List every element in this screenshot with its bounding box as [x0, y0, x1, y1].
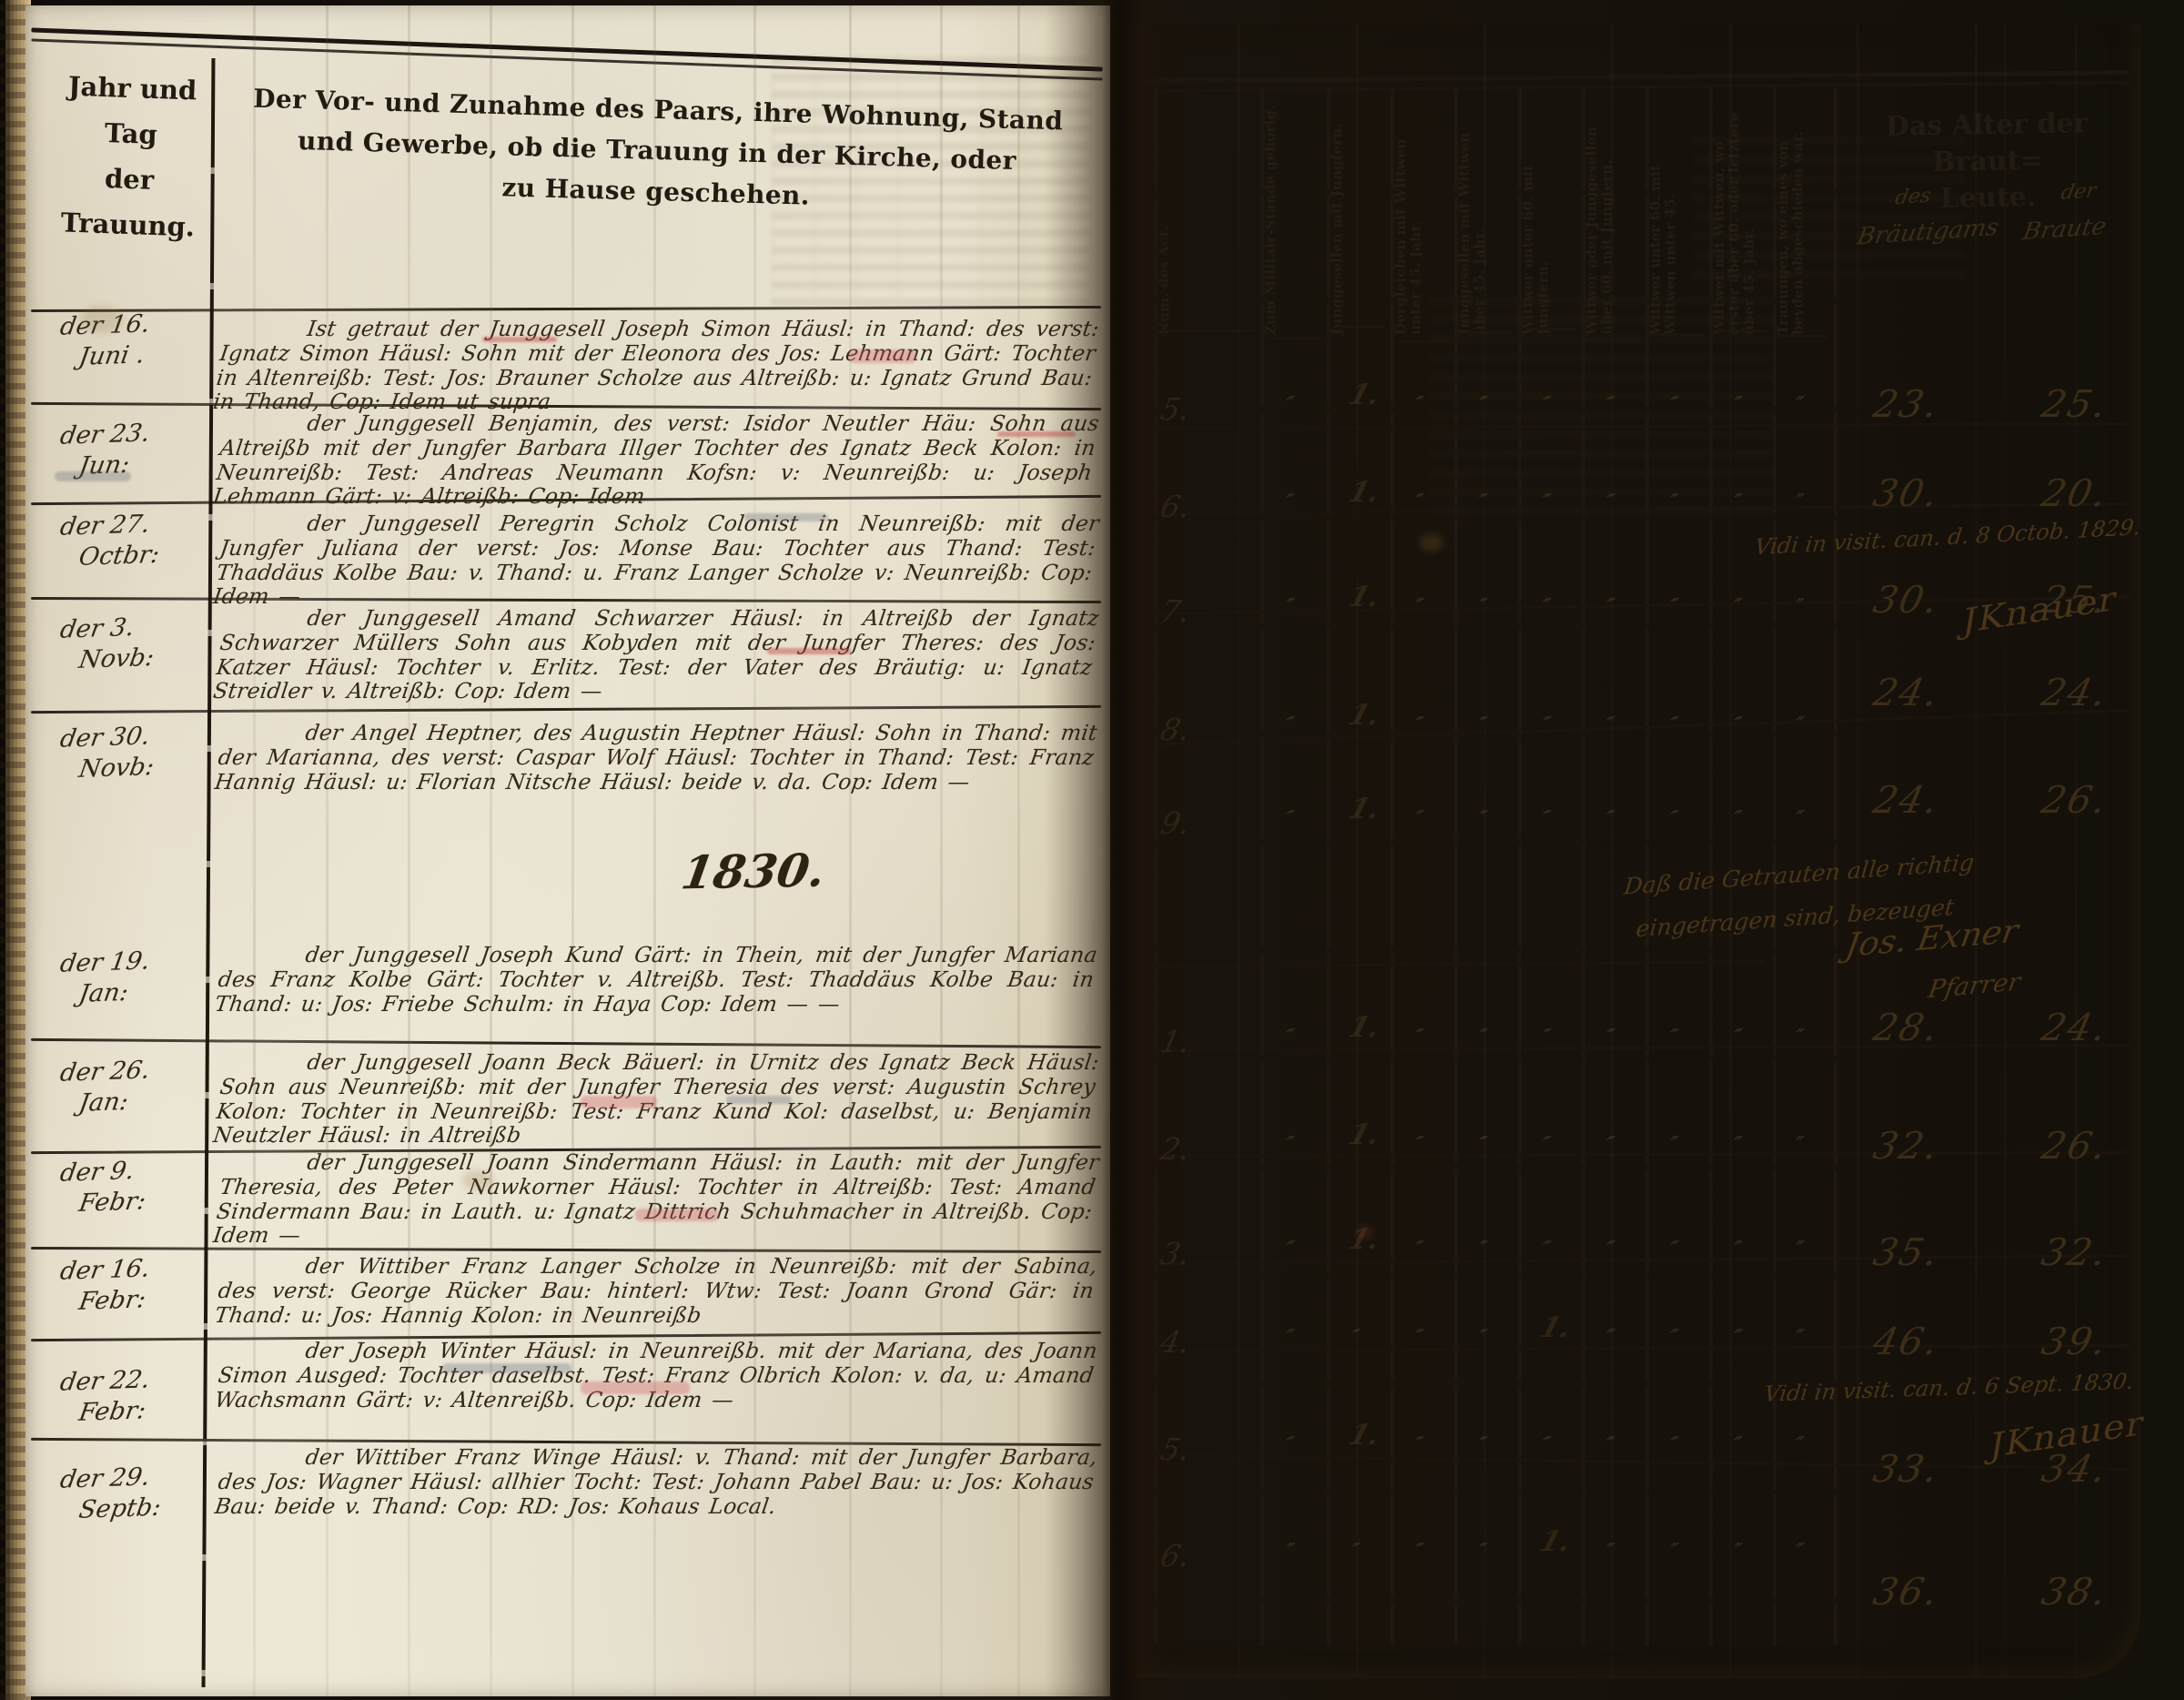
entry-day: der 27. — [58, 510, 152, 541]
entry-day: der 16. — [58, 309, 152, 340]
entry-day: der 19. — [58, 946, 152, 977]
entry-date: der 3.Novb: — [53, 610, 209, 677]
entry-month: Novb: — [53, 641, 204, 677]
visitation-note-1829: Vidi in visit. can. d. 8 Octob. 1829. — [1754, 514, 2151, 560]
entry-date: der 27.Octbr: — [53, 507, 209, 574]
ditto-mark: ″ — [1600, 713, 1617, 737]
ditto-mark: ″ — [1279, 1133, 1297, 1157]
entry-month: Jan: — [53, 1084, 204, 1120]
tally-mark: 1. — [1536, 1311, 1575, 1344]
ditto-mark: ″ — [1345, 1540, 1362, 1563]
header-base-tick — [1159, 329, 1255, 332]
act-number: 5. — [1158, 391, 1247, 427]
bride-age: 32. — [2011, 1230, 2138, 1274]
ditto-mark: ″ — [1472, 1238, 1490, 1261]
ditto-mark: ″ — [1663, 1540, 1681, 1563]
column-header-7: Wittwer unter 60. mit Wittwen unter 45. — [1648, 96, 1706, 335]
entry-text: Ist getraut der Junggesell Joseph Simon … — [211, 317, 1100, 414]
ditto-mark: ″ — [1409, 1540, 1426, 1563]
tally-mark: 1. — [1345, 1419, 1384, 1452]
entry-month: Octbr: — [53, 538, 204, 574]
row-separator-rule — [1147, 422, 2129, 430]
entry-month: Febr: — [53, 1282, 204, 1319]
left-page: Jahr und Tag der Trauung. Der Vor- und Z… — [25, 5, 1110, 1696]
entry-month: Jan: — [53, 975, 204, 1011]
visitation-note-1830: Vidi in visit. can. d. 6 Sept. 1830. — [1763, 1367, 2178, 1407]
ditto-mark: ″ — [1279, 713, 1297, 737]
tally-mark: 1. — [1536, 1525, 1575, 1558]
page-top-rule-2 — [1147, 81, 2129, 92]
groom-age-subheader: des Bräutigams — [1854, 170, 2042, 255]
bride-age: 20. — [2011, 471, 2138, 515]
year-heading: 1830. — [567, 842, 941, 902]
header-base-tick — [1587, 339, 1640, 341]
header-line: der — [53, 154, 206, 205]
bride-age: 26. — [2011, 778, 2138, 822]
paper-crease — [326, 5, 329, 1696]
ditto-mark: ″ — [1600, 393, 1617, 417]
header-line: Das Alter der Braut= — [1846, 105, 2128, 182]
act-number: 5. — [1158, 1432, 1247, 1467]
ditto-mark: ″ — [1663, 393, 1681, 417]
bride-age: 39. — [2011, 1320, 2138, 1363]
paper-stain — [1420, 533, 1443, 551]
entry-month: Juni . — [53, 338, 204, 374]
row-separator-rule — [1147, 1344, 2129, 1352]
entry-text: der Angel Heptner, des Augustin Heptner … — [213, 721, 1098, 794]
entry-date: der 22.Febr: — [53, 1362, 209, 1430]
paper-crease — [408, 5, 410, 1696]
row-separator-rule — [31, 1038, 1101, 1048]
ditto-mark: ″ — [1663, 595, 1681, 619]
left-header-date-column: Jahr und Tag der Trauung. — [52, 63, 209, 250]
ditto-mark: ″ — [1409, 1238, 1426, 1261]
tally-mark: 1. — [1345, 699, 1384, 732]
entry-month: Febr: — [53, 1184, 204, 1220]
column-header-1: Zum Militair-Stande gehörig. — [1263, 96, 1324, 335]
tally-mark: 1. — [1345, 793, 1384, 825]
ditto-mark: ″ — [1727, 595, 1744, 619]
act-number: 1. — [1158, 1024, 1247, 1059]
header-base-tick — [1778, 335, 1828, 338]
bride-age: 24. — [2011, 1006, 2138, 1049]
ditto-mark: ″ — [1279, 595, 1297, 619]
entry-text: der Junggesell Amand Schwarzer Häusl: in… — [211, 606, 1100, 703]
entry-text: der Junggesell Peregrin Scholz Colonist … — [211, 511, 1100, 609]
ditto-mark: ″ — [1409, 1026, 1426, 1049]
ditto-mark: ″ — [1727, 491, 1744, 514]
subheader-line: Bräutigams — [1855, 214, 2000, 251]
header-base-tick — [1460, 331, 1512, 334]
ditto-mark: ″ — [1409, 807, 1426, 831]
page-top-rule — [31, 27, 1102, 71]
ditto-mark: ″ — [1279, 1540, 1297, 1563]
ditto-mark: ″ — [1789, 807, 1806, 831]
entry-day: der 29. — [58, 1462, 152, 1493]
groom-age: 30. — [1843, 578, 1970, 622]
ditto-mark: ″ — [1472, 1540, 1490, 1563]
entry-day: der 16. — [58, 1254, 152, 1285]
row-separator-rule — [31, 705, 1101, 713]
ditto-mark: ″ — [1472, 1433, 1490, 1457]
ditto-mark: ″ — [1279, 1433, 1297, 1457]
ditto-mark: ″ — [1600, 807, 1617, 831]
ditto-mark: ″ — [1600, 1433, 1617, 1457]
ditto-mark: ″ — [1345, 1326, 1362, 1350]
header-line: Trauung. — [52, 199, 205, 250]
tally-mark: 1. — [1345, 1223, 1384, 1256]
column-header-5: Wittwer unter 60. mit Jungfern. — [1521, 96, 1579, 335]
ditto-mark: ″ — [1409, 393, 1426, 417]
column-header-3: Dergleichen mit Wittwen unter 45. Jahr. — [1393, 96, 1451, 335]
header-base-tick — [1396, 340, 1449, 343]
bride-age-subheader: der Braute — [2020, 168, 2172, 250]
column-header-2: Junggesellen mit Jungfern. — [1330, 96, 1388, 335]
bride-age: 24. — [2011, 671, 2138, 714]
ditto-mark: ″ — [1279, 1238, 1297, 1261]
header-base-tick — [1266, 337, 1321, 339]
ditto-mark: ″ — [1663, 491, 1681, 514]
groom-age: 30. — [1843, 471, 1970, 515]
header-base-tick — [1651, 333, 1704, 336]
entry-day: der 22. — [58, 1365, 152, 1396]
ditto-mark: ″ — [1789, 713, 1806, 737]
entry-text: der Junggesell Benjamin, des verst: Isid… — [211, 411, 1100, 509]
ditto-mark: ″ — [1536, 393, 1553, 417]
act-number: 4. — [1158, 1324, 1247, 1360]
entry-month: Febr: — [53, 1393, 204, 1430]
groom-age: 36. — [1843, 1570, 1970, 1614]
entry-date: der 30.Novb: — [53, 719, 209, 786]
act-number: 2. — [1158, 1131, 1247, 1167]
header-base-tick — [1714, 329, 1767, 332]
ditto-mark: ″ — [1727, 1433, 1744, 1457]
entry-date: der 16.Febr: — [53, 1251, 209, 1319]
ditto-mark: ″ — [1279, 807, 1297, 831]
ditto-mark: ″ — [1472, 1026, 1490, 1049]
left-header-names-column: Der Vor- und Zunahme des Paars, ihre Woh… — [222, 77, 1091, 225]
entry-text: der Wittiber Franz Winge Häusl: v. Thand… — [213, 1445, 1098, 1518]
ditto-mark: ″ — [1279, 1326, 1297, 1350]
ditto-mark: ″ — [1727, 393, 1744, 417]
ditto-mark: ″ — [1789, 491, 1806, 514]
ditto-mark: ″ — [1789, 1540, 1806, 1563]
entry-month: Septb: — [53, 1491, 204, 1527]
ditto-mark: ″ — [1472, 393, 1490, 417]
column-header-8: Wittwer mit Wittwen, wo erster über 60. … — [1712, 96, 1770, 335]
ditto-mark: ″ — [1536, 807, 1553, 831]
ditto-mark: ″ — [1727, 1540, 1744, 1563]
groom-age: 24. — [1843, 671, 1970, 714]
ditto-mark: ″ — [1472, 1326, 1490, 1350]
ditto-mark: ″ — [1409, 595, 1426, 619]
ditto-mark: ″ — [1663, 807, 1681, 831]
ditto-mark: ″ — [1789, 1433, 1806, 1457]
ditto-mark: ″ — [1536, 1433, 1553, 1457]
entry-day: der 3. — [58, 613, 136, 644]
column-header-0: Num. des Act. — [1157, 96, 1258, 335]
row-separator-rule — [1147, 1254, 2129, 1265]
act-number: 6. — [1158, 489, 1247, 524]
entry-month: Jun: — [53, 447, 204, 483]
entry-text: der Junggesell Joseph Kund Gärt: in Thei… — [213, 943, 1098, 1016]
ditto-mark: ″ — [1600, 1540, 1617, 1563]
tally-mark: 1. — [1345, 1011, 1384, 1044]
row-separator-rule — [1147, 502, 2129, 515]
bride-age: 26. — [2011, 1124, 2138, 1168]
ditto-mark: ″ — [1789, 595, 1806, 619]
ditto-mark: ″ — [1600, 1238, 1617, 1261]
ditto-mark: ″ — [1600, 1326, 1617, 1350]
bride-age: 38. — [2011, 1570, 2138, 1614]
act-number: 6. — [1158, 1538, 1247, 1574]
groom-age: 32. — [1843, 1124, 1970, 1168]
ditto-mark: ″ — [1279, 393, 1297, 417]
entry-month: Novb: — [53, 750, 204, 786]
tally-mark: 1. — [1345, 379, 1384, 411]
right-page: Num. des Act.Zum Militair-Stande gehörig… — [1128, 24, 2140, 1678]
entry-day: der 26. — [58, 1056, 152, 1087]
header-base-tick — [1523, 328, 1576, 330]
ditto-mark: ″ — [1409, 1326, 1426, 1350]
ditto-mark: ″ — [1789, 393, 1806, 417]
ditto-mark: ″ — [1663, 1433, 1681, 1457]
entry-day: der 9. — [58, 1157, 136, 1188]
entry-date: der 16.Juni . — [53, 307, 209, 374]
groom-age: 28. — [1843, 1006, 1970, 1049]
act-number: 8. — [1158, 712, 1247, 747]
entry-date: der 26.Jan: — [53, 1053, 209, 1120]
row-separator-rule — [1147, 1044, 2129, 1052]
ditto-mark: ″ — [1409, 1433, 1426, 1457]
subheader-line: Braute — [2021, 213, 2108, 246]
entry-text: der Junggesell Joann Sindermann Häusl: i… — [211, 1150, 1100, 1248]
ditto-mark: ″ — [1536, 1026, 1553, 1049]
header-base-tick — [1332, 326, 1385, 329]
church-marriage-register-scan: Jahr und Tag der Trauung. Der Vor- und Z… — [0, 0, 2184, 1700]
tally-mark: 1. — [1345, 1118, 1384, 1151]
groom-age: 46. — [1843, 1320, 1970, 1363]
paper-crease — [253, 5, 256, 1696]
header-line: Jahr und Tag — [55, 63, 208, 159]
ditto-mark: ″ — [1600, 1026, 1617, 1049]
ditto-mark: ″ — [1472, 807, 1490, 831]
ditto-mark: ″ — [1727, 807, 1744, 831]
groom-age: 23. — [1843, 382, 1970, 426]
act-number: 3. — [1158, 1236, 1247, 1271]
page-top-rule — [1147, 70, 2129, 83]
ditto-mark: ″ — [1279, 1026, 1297, 1049]
entry-date: der 19.Jan: — [53, 944, 209, 1011]
column-header-6: Wittwer oder Junggesellen über 60. mit J… — [1584, 96, 1643, 335]
act-number: 9. — [1158, 805, 1247, 841]
groom-age: 35. — [1843, 1230, 1970, 1274]
bride-age: 25. — [2011, 382, 2138, 426]
tally-mark: 1. — [1345, 476, 1384, 509]
entry-date: der 9.Febr: — [53, 1153, 209, 1220]
groom-age: 24. — [1843, 778, 1970, 822]
ditto-mark: ″ — [1536, 713, 1553, 737]
date-column-divider — [202, 58, 215, 1687]
pastor-title: Pfarrer — [1926, 968, 2023, 1005]
groom-age: 33. — [1843, 1447, 1970, 1491]
act-number: 7. — [1158, 593, 1247, 629]
row-separator-rule — [1147, 1453, 2129, 1470]
entry-date: der 23.Jun: — [53, 416, 209, 483]
entry-text: der Junggesell Joann Beck Bäuerl: in Urn… — [211, 1050, 1100, 1148]
entry-day: der 23. — [58, 419, 152, 450]
ditto-mark: ″ — [1536, 1238, 1553, 1261]
entry-text: der Wittiber Franz Langer Scholze in Neu… — [213, 1254, 1098, 1327]
entry-text: der Joseph Winter Häusl: in Neunreißb. m… — [213, 1339, 1098, 1412]
column-header-4: Junggesellen mit Wittwen über 45. Jahr. — [1457, 96, 1515, 335]
entry-day: der 30. — [58, 722, 152, 753]
column-header-9: Trauungen, wo eines von beyden abgeschie… — [1775, 96, 1831, 335]
row-separator-rule — [1147, 1151, 2129, 1158]
entry-date: der 29.Septb: — [53, 1460, 209, 1527]
